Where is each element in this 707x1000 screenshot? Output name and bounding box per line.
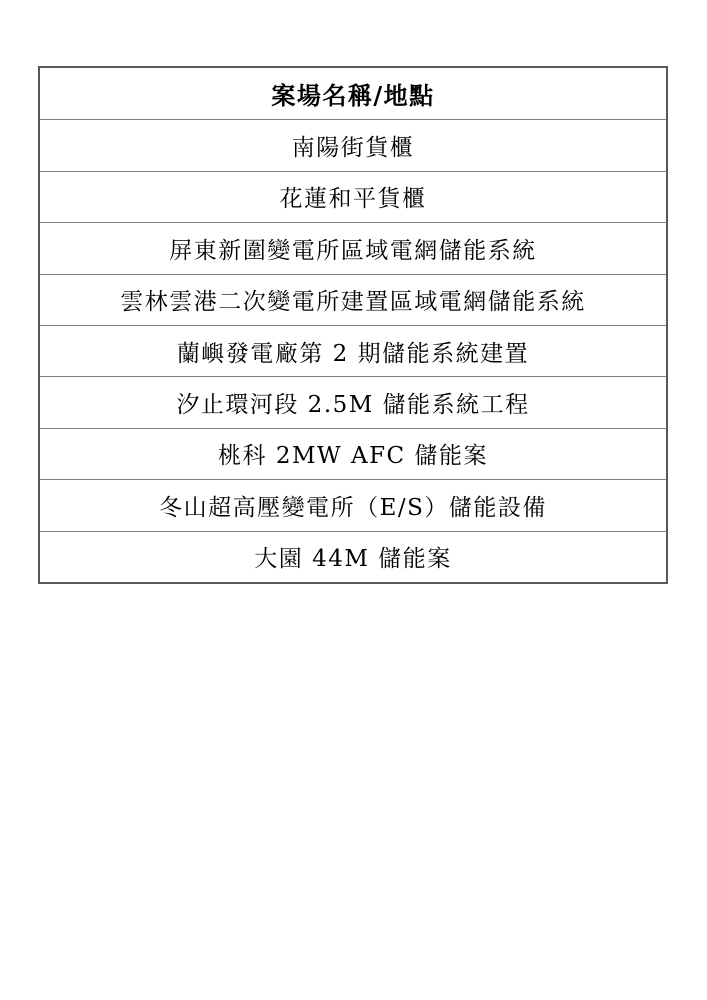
project-site-table: 案場名稱/地點 南陽街貨櫃 花蓮和平貨櫃 屏東新圍變電所區域電網儲能系統 雲林雲… [38, 66, 668, 584]
table-row: 冬山超高壓變電所（E/S）儲能設備 [40, 479, 666, 530]
table-row: 花蓮和平貨櫃 [40, 171, 666, 222]
table-row: 蘭嶼發電廠第 2 期儲能系統建置 [40, 325, 666, 376]
document-page: 案場名稱/地點 南陽街貨櫃 花蓮和平貨櫃 屏東新圍變電所區域電網儲能系統 雲林雲… [0, 0, 707, 1000]
table-row: 南陽街貨櫃 [40, 119, 666, 170]
table-row: 桃科 2MW AFC 儲能案 [40, 428, 666, 479]
table-header-cell: 案場名稱/地點 [40, 68, 666, 119]
table-row: 屏東新圍變電所區域電網儲能系統 [40, 222, 666, 273]
table-row: 大園 44M 儲能案 [40, 531, 666, 582]
table-row: 汐止環河段 2.5M 儲能系統工程 [40, 376, 666, 427]
table-row: 雲林雲港二次變電所建置區域電網儲能系統 [40, 274, 666, 325]
